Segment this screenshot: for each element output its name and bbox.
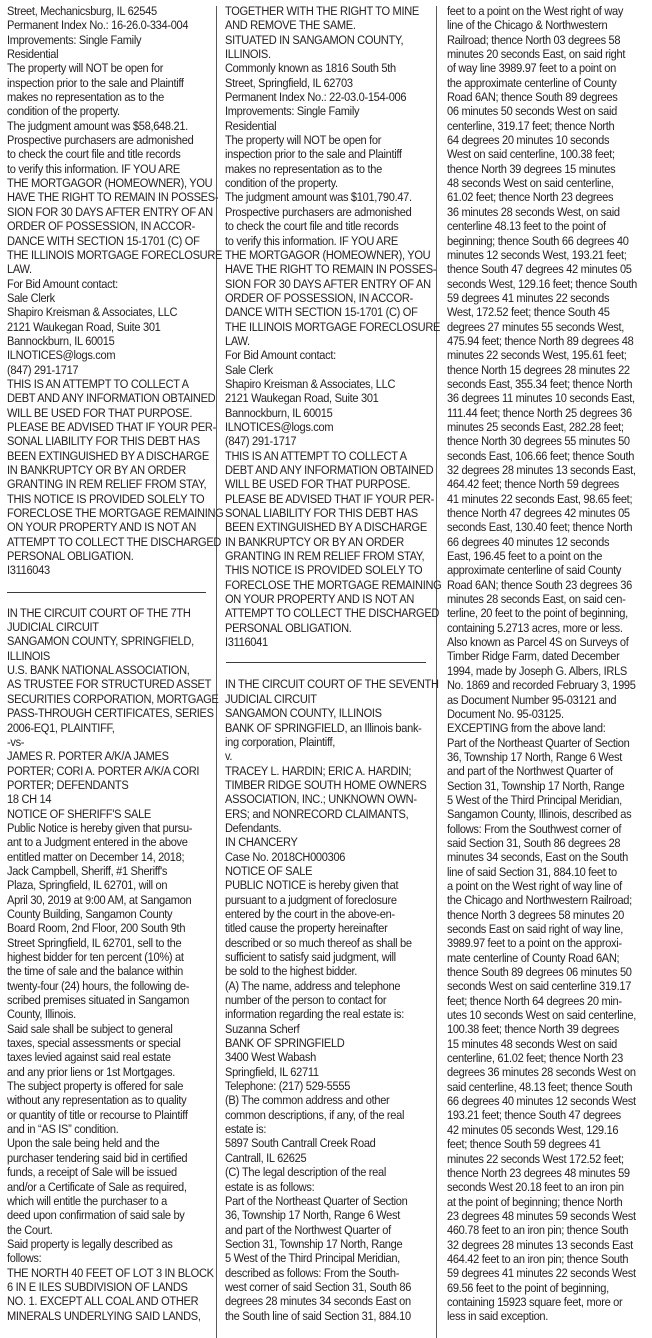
text-line: less in said exception. [447, 1309, 652, 1323]
text-line: seconds West, 129.16 feet; thence South [447, 277, 652, 291]
column-2: TOGETHER WITH THE RIGHT TO MINEAND REMOV… [225, 4, 423, 1323]
text-line: Suzanna Scherf [225, 1022, 423, 1036]
text-line: seconds East, 106.66 feet; thence South [447, 449, 652, 463]
text-line: ing corporation, Plaintiff, [225, 735, 423, 749]
text-line: Bannockburn, IL 60015 [225, 406, 423, 420]
text-line: DANCE WITH SECTION 15-1701 (C) OF [225, 305, 423, 319]
text-line: 36 degrees 11 minutes 10 seconds East, [447, 391, 652, 405]
text-line: BEEN EXTINGUISHED BY A DISCHARGE [7, 449, 198, 463]
text-line: ORDER OF POSSESSION, IN ACCOR- [225, 291, 423, 305]
text-line: titled cause the property hereinafter [225, 921, 423, 935]
text-line: JAMES R. PORTER A/K/A JAMES [7, 749, 198, 763]
column-divider-1 [216, 6, 217, 1338]
text-line: approximate centerline of said County [447, 563, 652, 577]
text-line: BANK OF SPRINGFIELD, an Illinois bank- [225, 721, 423, 735]
text-line: PASS-THROUGH CERTIFICATES, SERIES [7, 706, 198, 720]
text-line: WILL BE USED FOR THAT PURPOSE. [7, 406, 198, 420]
text-line: degrees 27 minutes 55 seconds West, [447, 320, 652, 334]
text-line: WILL BE USED FOR THAT PURPOSE. [225, 477, 423, 491]
notice-hardin-legal-description: feet to a point on the West right of way… [447, 4, 652, 1324]
column-divider-2 [436, 6, 437, 1338]
text-line: the time of sale and the balance within [7, 964, 198, 978]
text-line: Prospective purchasers are admonished [7, 133, 198, 147]
text-line: East, 196.45 feet to a point on the [447, 549, 652, 563]
text-line: The property will NOT be open for [225, 133, 423, 147]
text-line: (847) 291-1717 [7, 363, 198, 377]
text-line: ATTEMPT TO COLLECT THE DISCHARGED [225, 606, 423, 620]
text-line: 3400 West Wabash [225, 1050, 423, 1064]
text-line: which will entitle the purchaser to a [7, 1194, 198, 1208]
text-line: 36 minutes 28 seconds West, on said [447, 205, 652, 219]
text-line: IN BANKRUPTCY OR BY AN ORDER [225, 535, 423, 549]
text-line: Railroad; thence North 03 degrees 58 [447, 33, 652, 47]
text-line: Section 31, Township 17 North, Range [225, 1237, 423, 1251]
text-line: and/or a Certificate of Sale as required… [7, 1180, 198, 1194]
text-line: FORECLOSE THE MORTGAGE REMAINING [225, 578, 423, 592]
text-line: 42 minutes 05 seconds West, 129.16 [447, 1123, 652, 1137]
text-line: DEBT AND ANY INFORMATION OBTAINED [7, 391, 198, 405]
text-line: number of the person to contact for [225, 993, 423, 1007]
text-line: SECURITIES CORPORATION, MORTGAGE [7, 692, 198, 706]
text-line: of way line 3989.97 feet to a point on [447, 61, 652, 75]
text-line: containing 15923 square feet, more or [447, 1295, 652, 1309]
text-line: Cantrall, IL 62625 [225, 1151, 423, 1165]
text-line: Also known as Parcel 4S on Surveys of [447, 635, 652, 649]
text-line: estate is as follows: [225, 1180, 423, 1194]
text-line: Street Springfield, IL 62701, sell to th… [7, 936, 198, 950]
text-line: Springfield, IL 62711 [225, 1065, 423, 1079]
text-line: U.S. BANK NATIONAL ASSOCIATION, [7, 663, 198, 677]
text-line: FORECLOSE THE MORTGAGE REMAINING [7, 506, 198, 520]
text-line: THIS IS AN ATTEMPT TO COLLECT A [225, 449, 423, 463]
text-line: Prospective purchasers are admonished [225, 205, 423, 219]
text-line: ERS; and NONRECORD CLAIMANTS, [225, 807, 423, 821]
text-line: Bannockburn, IL 60015 [7, 334, 198, 348]
text-line: said Section 31, South 86 degrees 28 [447, 836, 652, 850]
text-line: Upon the sale being held and the [7, 1136, 198, 1150]
text-line: said centerline, 48.13 feet; thence Sout… [447, 1080, 652, 1094]
text-line: PUBLIC NOTICE is hereby given that [225, 878, 423, 892]
text-line: Public Notice is hereby given that pursu… [7, 821, 198, 835]
text-line: Plaza, Springfield, IL 62701, will on [7, 878, 198, 892]
text-line: described as follows: From the South- [225, 1266, 423, 1280]
text-line: 5 West of the Third Principal Meridian, [447, 793, 652, 807]
text-line: TIMBER RIDGE SOUTH HOME OWNERS [225, 778, 423, 792]
text-line: taxes, special assessments or special [7, 1036, 198, 1050]
text-line: and any prior liens or 1st Mortgages. [7, 1065, 198, 1079]
text-line: DEBT AND ANY INFORMATION OBTAINED [225, 463, 423, 477]
text-line: GRANTING IN REM RELIEF FROM STAY, [7, 477, 198, 491]
text-line: thence North 15 degrees 28 minutes 22 [447, 363, 652, 377]
text-line: mate centerline of County Road 6AN; [447, 951, 652, 965]
text-line: ILLINOIS. [225, 47, 423, 61]
text-line: MINERALS UNDERLYING SAID LANDS, [7, 1309, 198, 1323]
text-line: a point on the West right of way line of [447, 879, 652, 893]
text-line: HAVE THE RIGHT TO REMAIN IN POSSES- [225, 262, 423, 276]
text-line: THIS NOTICE IS PROVIDED SOLELY TO [225, 563, 423, 577]
text-line: thence North 47 degrees 42 minutes 05 [447, 506, 652, 520]
text-line: THE ILLINOIS MORTGAGE FORECLOSURE [225, 320, 423, 334]
text-line: 32 degrees 28 minutes 13 seconds East [447, 1238, 652, 1252]
text-line: 475.94 feet; thence North 89 degrees 48 [447, 334, 652, 348]
text-line: terline, 20 feet to the point of beginni… [447, 606, 652, 620]
text-line: (B) The common address and other [225, 1093, 423, 1107]
text-line: 66 degrees 40 minutes 12 seconds West [447, 1094, 652, 1108]
text-line: the South line of said Section 31, 884.1… [225, 1309, 423, 1323]
text-line: containing 5.2713 acres, more or less. [447, 621, 652, 635]
text-line: ILNOTICES@logs.com [225, 420, 423, 434]
text-line: minutes 25 seconds East, 282.28 feet; [447, 420, 652, 434]
text-line: 2121 Waukegan Road, Suite 301 [7, 320, 198, 334]
text-line: I3116041 [225, 635, 423, 649]
text-line: West on said centerline, 100.38 feet; [447, 147, 652, 161]
text-line: SANGAMON COUNTY, ILLINOIS [225, 706, 423, 720]
text-line: degrees 36 minutes 28 seconds West on [447, 1065, 652, 1079]
text-line: described or so much thereof as shall be [225, 936, 423, 950]
text-line: Sale Clerk [7, 291, 198, 305]
text-line: Residential [225, 119, 423, 133]
text-line: centerline, 61.02 feet; thence North 23 [447, 1051, 652, 1065]
text-line: utes 10 seconds West on said centerline, [447, 1008, 652, 1022]
text-line: 69.56 feet to the point of beginning, [447, 1281, 652, 1295]
text-line: (A) The name, address and telephone [225, 979, 423, 993]
text-line: entered by the court in the above-en- [225, 907, 423, 921]
text-line: ASSOCIATION, INC.; UNKNOWN OWN- [225, 792, 423, 806]
text-line: ON YOUR PROPERTY AND IS NOT AN [7, 520, 198, 534]
text-line: 59 degrees 41 minutes 22 seconds [447, 291, 652, 305]
text-line: 59 degrees 41 minutes 22 seconds West [447, 1266, 652, 1280]
text-line: (C) The legal description of the real [225, 1165, 423, 1179]
text-line: I3116043 [7, 563, 198, 577]
text-line: Sale Clerk [225, 363, 423, 377]
text-line: highest bidder for ten percent (10%) at [7, 950, 198, 964]
text-line: centerline 48.13 feet to the point of [447, 219, 652, 233]
text-line: Case No. 2018CH000306 [225, 850, 423, 864]
text-line: line of said Section 31, 884.10 feet to [447, 865, 652, 879]
text-line: BEEN EXTINGUISHED BY A DISCHARGE [225, 520, 423, 534]
text-line: Street, Springfield, IL 62703 [225, 76, 423, 90]
text-line: and part of the Northwest Quarter of [225, 1223, 423, 1237]
text-line: ILNOTICES@logs.com [7, 348, 198, 362]
text-line: thence South 89 degrees 06 minutes 50 [447, 965, 652, 979]
text-line: NOTICE OF SHERIFF'S SALE [7, 807, 198, 821]
text-line: sufficient to satisfy said judgment, wil… [225, 950, 423, 964]
text-line: 48 seconds West on said centerline, [447, 176, 652, 190]
text-line: centerline, 319.17 feet; thence North [447, 119, 652, 133]
text-line: 460.78 feet to an iron pin; thence South [447, 1223, 652, 1237]
text-line: pursuant to a judgment of foreclosure [225, 893, 423, 907]
text-line: Permanent Index No.: 22-03.0-154-006 [225, 90, 423, 104]
text-line: TOGETHER WITH THE RIGHT TO MINE [225, 4, 423, 18]
text-line: IN THE CIRCUIT COURT OF THE 7TH [7, 606, 198, 620]
text-line: 100.38 feet; thence North 39 degrees [447, 1022, 652, 1036]
column-1: Street, Mechanicsburg, IL 62545Permanent… [7, 4, 198, 1323]
text-line: THE ILLINOIS MORTGAGE FORECLOSURE [7, 248, 198, 262]
text-line: minutes 22 seconds West, 195.61 feet; [447, 348, 652, 362]
text-line: makes no representation as to the [225, 162, 423, 176]
text-line: or quantity of title or recourse to Plai… [7, 1108, 198, 1122]
text-line: follows: From the Southwest corner of [447, 822, 652, 836]
text-line: 464.42 feet to an iron pin; thence South [447, 1252, 652, 1266]
text-line: 61.02 feet; thence North 23 degrees [447, 190, 652, 204]
text-line: deed upon confirmation of said sale by [7, 1208, 198, 1222]
text-line: HAVE THE RIGHT TO REMAIN IN POSSES- [7, 190, 198, 204]
text-line: minutes 34 seconds, East on the South [447, 850, 652, 864]
text-line: THE MORTGAGOR (HOMEOWNER), YOU [7, 176, 198, 190]
text-line: makes no representation as to the [7, 90, 198, 104]
text-line: (847) 291-1717 [225, 434, 423, 448]
text-line: information regarding the real estate is… [225, 1007, 423, 1021]
text-line: County, Illinois. [7, 1007, 198, 1021]
text-line: For Bid Amount contact: [7, 277, 198, 291]
text-line: SION FOR 30 DAYS AFTER ENTRY OF AN [225, 277, 423, 291]
text-line: 1994, made by Joseph G. Albers, IRLS [447, 664, 652, 678]
text-line: JUDICIAL CIRCUIT [7, 620, 198, 634]
text-line: 111.44 feet; thence North 25 degrees 36 [447, 406, 652, 420]
notice-gap [225, 649, 423, 677]
text-line: THE MORTGAGOR (HOMEOWNER), YOU [225, 248, 423, 262]
text-line: scribed premises situated in Sangamon [7, 993, 198, 1007]
notice-gap [7, 578, 198, 606]
text-line: thence South 47 degrees 42 minutes 05 [447, 262, 652, 276]
text-line: Permanent Index No.: 16-26.0-334-004 [7, 18, 198, 32]
text-line: ant to a Judgment entered in the above [7, 835, 198, 849]
text-line: Telephone: (217) 529-5555 [225, 1079, 423, 1093]
text-line: Part of the Northeast Quarter of Section [225, 1194, 423, 1208]
text-line: common descriptions, if any, of the real [225, 1108, 423, 1122]
text-line: 18 CH 14 [7, 792, 198, 806]
text-line: degrees 28 minutes 34 seconds East on [225, 1294, 423, 1308]
text-line: Road 6AN; thence South 23 degrees 36 [447, 578, 652, 592]
text-line: Street, Mechanicsburg, IL 62545 [7, 4, 198, 18]
text-line: to check the court file and title record… [7, 147, 198, 161]
text-line: condition of the property. [225, 176, 423, 190]
text-line: taxes levied against said real estate [7, 1050, 198, 1064]
text-line: THIS IS AN ATTEMPT TO COLLECT A [7, 377, 198, 391]
text-line: Part of the Northeast Quarter of Section [447, 736, 652, 750]
text-line: thence North 3 degrees 58 minutes 20 [447, 908, 652, 922]
text-line: EXCEPTING from the above land: [447, 721, 652, 735]
text-line: ORDER OF POSSESSION, IN ACCOR- [7, 219, 198, 233]
text-line: 3989.97 feet to a point on the approxi- [447, 936, 652, 950]
text-line: NOTICE OF SALE [225, 864, 423, 878]
text-line: west corner of said Section 31, South 86 [225, 1280, 423, 1294]
text-line: seconds East, 130.40 feet; thence North [447, 520, 652, 534]
text-line: Said sale shall be subject to general [7, 1022, 198, 1036]
text-line: inspection prior to the sale and Plainti… [7, 76, 198, 90]
text-line: 6 IN E ILES SUBDIVISION OF LANDS [7, 1280, 198, 1294]
text-line: thence North 30 degrees 55 minutes 50 [447, 434, 652, 448]
text-line: Residential [7, 47, 198, 61]
text-line: inspection prior to the sale and Plainti… [225, 147, 423, 161]
text-line: minutes 12 seconds West, 193.21 feet; [447, 248, 652, 262]
text-line: 464.42 feet; thence North 59 degrees [447, 477, 652, 491]
text-line: Defendants. [225, 821, 423, 835]
text-line: GRANTING IN REM RELIEF FROM STAY, [225, 549, 423, 563]
text-line: v. [225, 749, 423, 763]
text-line: Road 6AN; thence South 89 degrees [447, 90, 652, 104]
text-line: West, 172.52 feet; thence South 45 [447, 305, 652, 319]
text-line: follows: [7, 1251, 198, 1265]
text-line: Document No. 95-03125. [447, 707, 652, 721]
text-line: SANGAMON COUNTY, SPRINGFIELD, [7, 634, 198, 648]
text-line: Commonly known as 1816 South 5th [225, 61, 423, 75]
text-line: SITUATED IN SANGAMON COUNTY, [225, 33, 423, 47]
text-line: estate is: [225, 1122, 423, 1136]
text-line: twenty-four (24) hours, the following de… [7, 979, 198, 993]
text-line: be sold to the highest bidder. [225, 964, 423, 978]
text-line: -vs- [7, 735, 198, 749]
text-line: minutes 20 seconds East, on said right [447, 47, 652, 61]
text-line: Shapiro Kreisman & Associates, LLC [7, 305, 198, 319]
text-line: IN THE CIRCUIT COURT OF THE SEVENTH [225, 677, 423, 691]
text-line: at the point of beginning; thence North [447, 1195, 652, 1209]
text-line: IN BANKRUPTCY OR BY AN ORDER [7, 463, 198, 477]
text-line: and part of the Northwest Quarter of [447, 764, 652, 778]
text-line: SION FOR 30 DAYS AFTER ENTRY OF AN [7, 205, 198, 219]
text-line: LAW. [225, 334, 423, 348]
text-line: Shapiro Kreisman & Associates, LLC [225, 377, 423, 391]
text-line: PORTER; CORI A. PORTER A/K/A CORI [7, 764, 198, 778]
text-line: For Bid Amount contact: [225, 348, 423, 362]
text-line: 06 minutes 50 seconds West on said [447, 104, 652, 118]
text-line: The property will NOT be open for [7, 61, 198, 75]
notice-porter-sheriff-sale: IN THE CIRCUIT COURT OF THE 7THJUDICIAL … [7, 606, 198, 1323]
text-line: seconds West on said centerline 319.17 [447, 979, 652, 993]
text-line: Sangamon County, Illinois, described as [447, 807, 652, 821]
text-line: the approximate centerline of County [447, 76, 652, 90]
text-line: 36, Township 17 North, Range 6 West [225, 1208, 423, 1222]
text-line: SONAL LIABILITY FOR THIS DEBT HAS [7, 434, 198, 448]
text-line: The subject property is offered for sale [7, 1079, 198, 1093]
text-line: 2121 Waukegan Road, Suite 301 [225, 391, 423, 405]
text-line: 66 degrees 40 minutes 12 seconds [447, 535, 652, 549]
text-line: thence North 39 degrees 15 minutes [447, 162, 652, 176]
text-line: PLEASE BE ADVISED THAT IF YOUR PER- [225, 492, 423, 506]
text-line: PERSONAL OBLIGATION. [7, 549, 198, 563]
text-line: The judgment amount was $58,648.21. [7, 119, 198, 133]
text-line: 15 minutes 48 seconds West on said [447, 1037, 652, 1051]
text-line: NO. 1. EXCEPT ALL COAL AND OTHER [7, 1294, 198, 1308]
text-line: seconds West 20.18 feet to an iron pin [447, 1180, 652, 1194]
text-line: line of the Chicago & Northwestern [447, 18, 652, 32]
text-line: Said property is legally described as [7, 1237, 198, 1251]
text-line: AND REMOVE THE SAME. [225, 18, 423, 32]
text-line: to check the court file and title record… [225, 219, 423, 233]
text-line: 32 degrees 28 minutes 13 seconds East, [447, 463, 652, 477]
text-line: Board Room, 2nd Floor, 200 South 9th [7, 921, 198, 935]
legal-notices-page: Street, Mechanicsburg, IL 62545Permanent… [0, 0, 652, 1338]
text-line: 41 minutes 22 seconds East, 98.65 feet; [447, 492, 652, 506]
text-line: THIS NOTICE IS PROVIDED SOLELY TO [7, 492, 198, 506]
text-line: to verify this information. IF YOU ARE [225, 234, 423, 248]
text-line: The judgment amount was $101,790.47. [225, 190, 423, 204]
text-line: JUDICIAL CIRCUIT [225, 692, 423, 706]
text-line: ON YOUR PROPERTY AND IS NOT AN [225, 592, 423, 606]
text-line: 64 degrees 20 minutes 10 seconds [447, 133, 652, 147]
text-line: PERSONAL OBLIGATION. [225, 621, 423, 635]
text-line: SONAL LIABILITY FOR THIS DEBT HAS [225, 506, 423, 520]
text-line: condition of the property. [7, 104, 198, 118]
text-line: PORTER; DEFENDANTS [7, 778, 198, 792]
text-line: seconds East, 355.34 feet; thence North [447, 377, 652, 391]
text-line: minutes 28 seconds East, on said cen- [447, 592, 652, 606]
text-line: without any representation as to quality [7, 1093, 198, 1107]
text-line: purchaser tendering said bid in certifie… [7, 1151, 198, 1165]
notice-mechanicsburg-continued: Street, Mechanicsburg, IL 62545Permanent… [7, 4, 198, 578]
notice-hardin-notice-of-sale: IN THE CIRCUIT COURT OF THE SEVENTHJUDIC… [225, 677, 423, 1322]
text-line: IN CHANCERY [225, 835, 423, 849]
text-line: PLEASE BE ADVISED THAT IF YOUR PER- [7, 420, 198, 434]
text-line: No. 1869 and recorded February 3, 1995 [447, 678, 652, 692]
text-line: entitled matter on December 14, 2018; [7, 850, 198, 864]
text-line: 2006-EQ1, PLAINTIFF, [7, 721, 198, 735]
text-line: ILLINOIS [7, 649, 198, 663]
text-line: 193.21 feet; thence South 47 degrees [447, 1108, 652, 1122]
text-line: feet; thence North 64 degrees 20 min- [447, 994, 652, 1008]
text-line: and in “AS IS” condition. [7, 1122, 198, 1136]
text-line: THE NORTH 40 FEET OF LOT 3 IN BLOCK [7, 1266, 198, 1280]
text-line: thence North 23 degrees 48 minutes 59 [447, 1166, 652, 1180]
text-line: April 30, 2019 at 9:00 AM, at Sangamon [7, 893, 198, 907]
text-line: LAW. [7, 262, 198, 276]
text-line: feet; thence South 59 degrees 41 [447, 1137, 652, 1151]
column-3: feet to a point on the West right of way… [447, 4, 652, 1324]
text-line: Improvements: Single Family [225, 104, 423, 118]
text-line: 23 degrees 48 minutes 59 seconds West [447, 1209, 652, 1223]
text-line: Section 31, Township 17 North, Range [447, 779, 652, 793]
text-line: minutes 22 seconds West 172.52 feet; [447, 1152, 652, 1166]
text-line: beginning; thence South 66 degrees 40 [447, 234, 652, 248]
text-line: funds, a receipt of Sale will be issued [7, 1165, 198, 1179]
text-line: the Court. [7, 1223, 198, 1237]
text-line: seconds East on said right of way line, [447, 922, 652, 936]
text-line: the Chicago and Northwestern Railroad; [447, 893, 652, 907]
text-line: as Document Number 95-03121 and [447, 693, 652, 707]
text-line: 5897 South Cantrall Creek Road [225, 1136, 423, 1150]
text-line: Timber Ridge Farm, dated December [447, 649, 652, 663]
text-line: Improvements: Single Family [7, 33, 198, 47]
text-line: to verify this information. IF YOU ARE [7, 162, 198, 176]
text-line: Jack Campbell, Sheriff, #1 Sheriff's [7, 864, 198, 878]
text-line: TRACEY L. HARDIN; ERIC A. HARDIN; [225, 764, 423, 778]
text-line: DANCE WITH SECTION 15-1701 (C) OF [7, 234, 198, 248]
text-line: 5 West of the Third Principal Meridian, [225, 1251, 423, 1265]
text-line: County Building, Sangamon County [7, 907, 198, 921]
notice-porter-sheriff-sale-continued: TOGETHER WITH THE RIGHT TO MINEAND REMOV… [225, 4, 423, 649]
text-line: AS TRUSTEE FOR STRUCTURED ASSET [7, 677, 198, 691]
text-line: feet to a point on the West right of way [447, 4, 652, 18]
text-line: BANK OF SPRINGFIELD [225, 1036, 423, 1050]
text-line: 36, Township 17 North, Range 6 West [447, 750, 652, 764]
text-line: ATTEMPT TO COLLECT THE DISCHARGED [7, 535, 198, 549]
